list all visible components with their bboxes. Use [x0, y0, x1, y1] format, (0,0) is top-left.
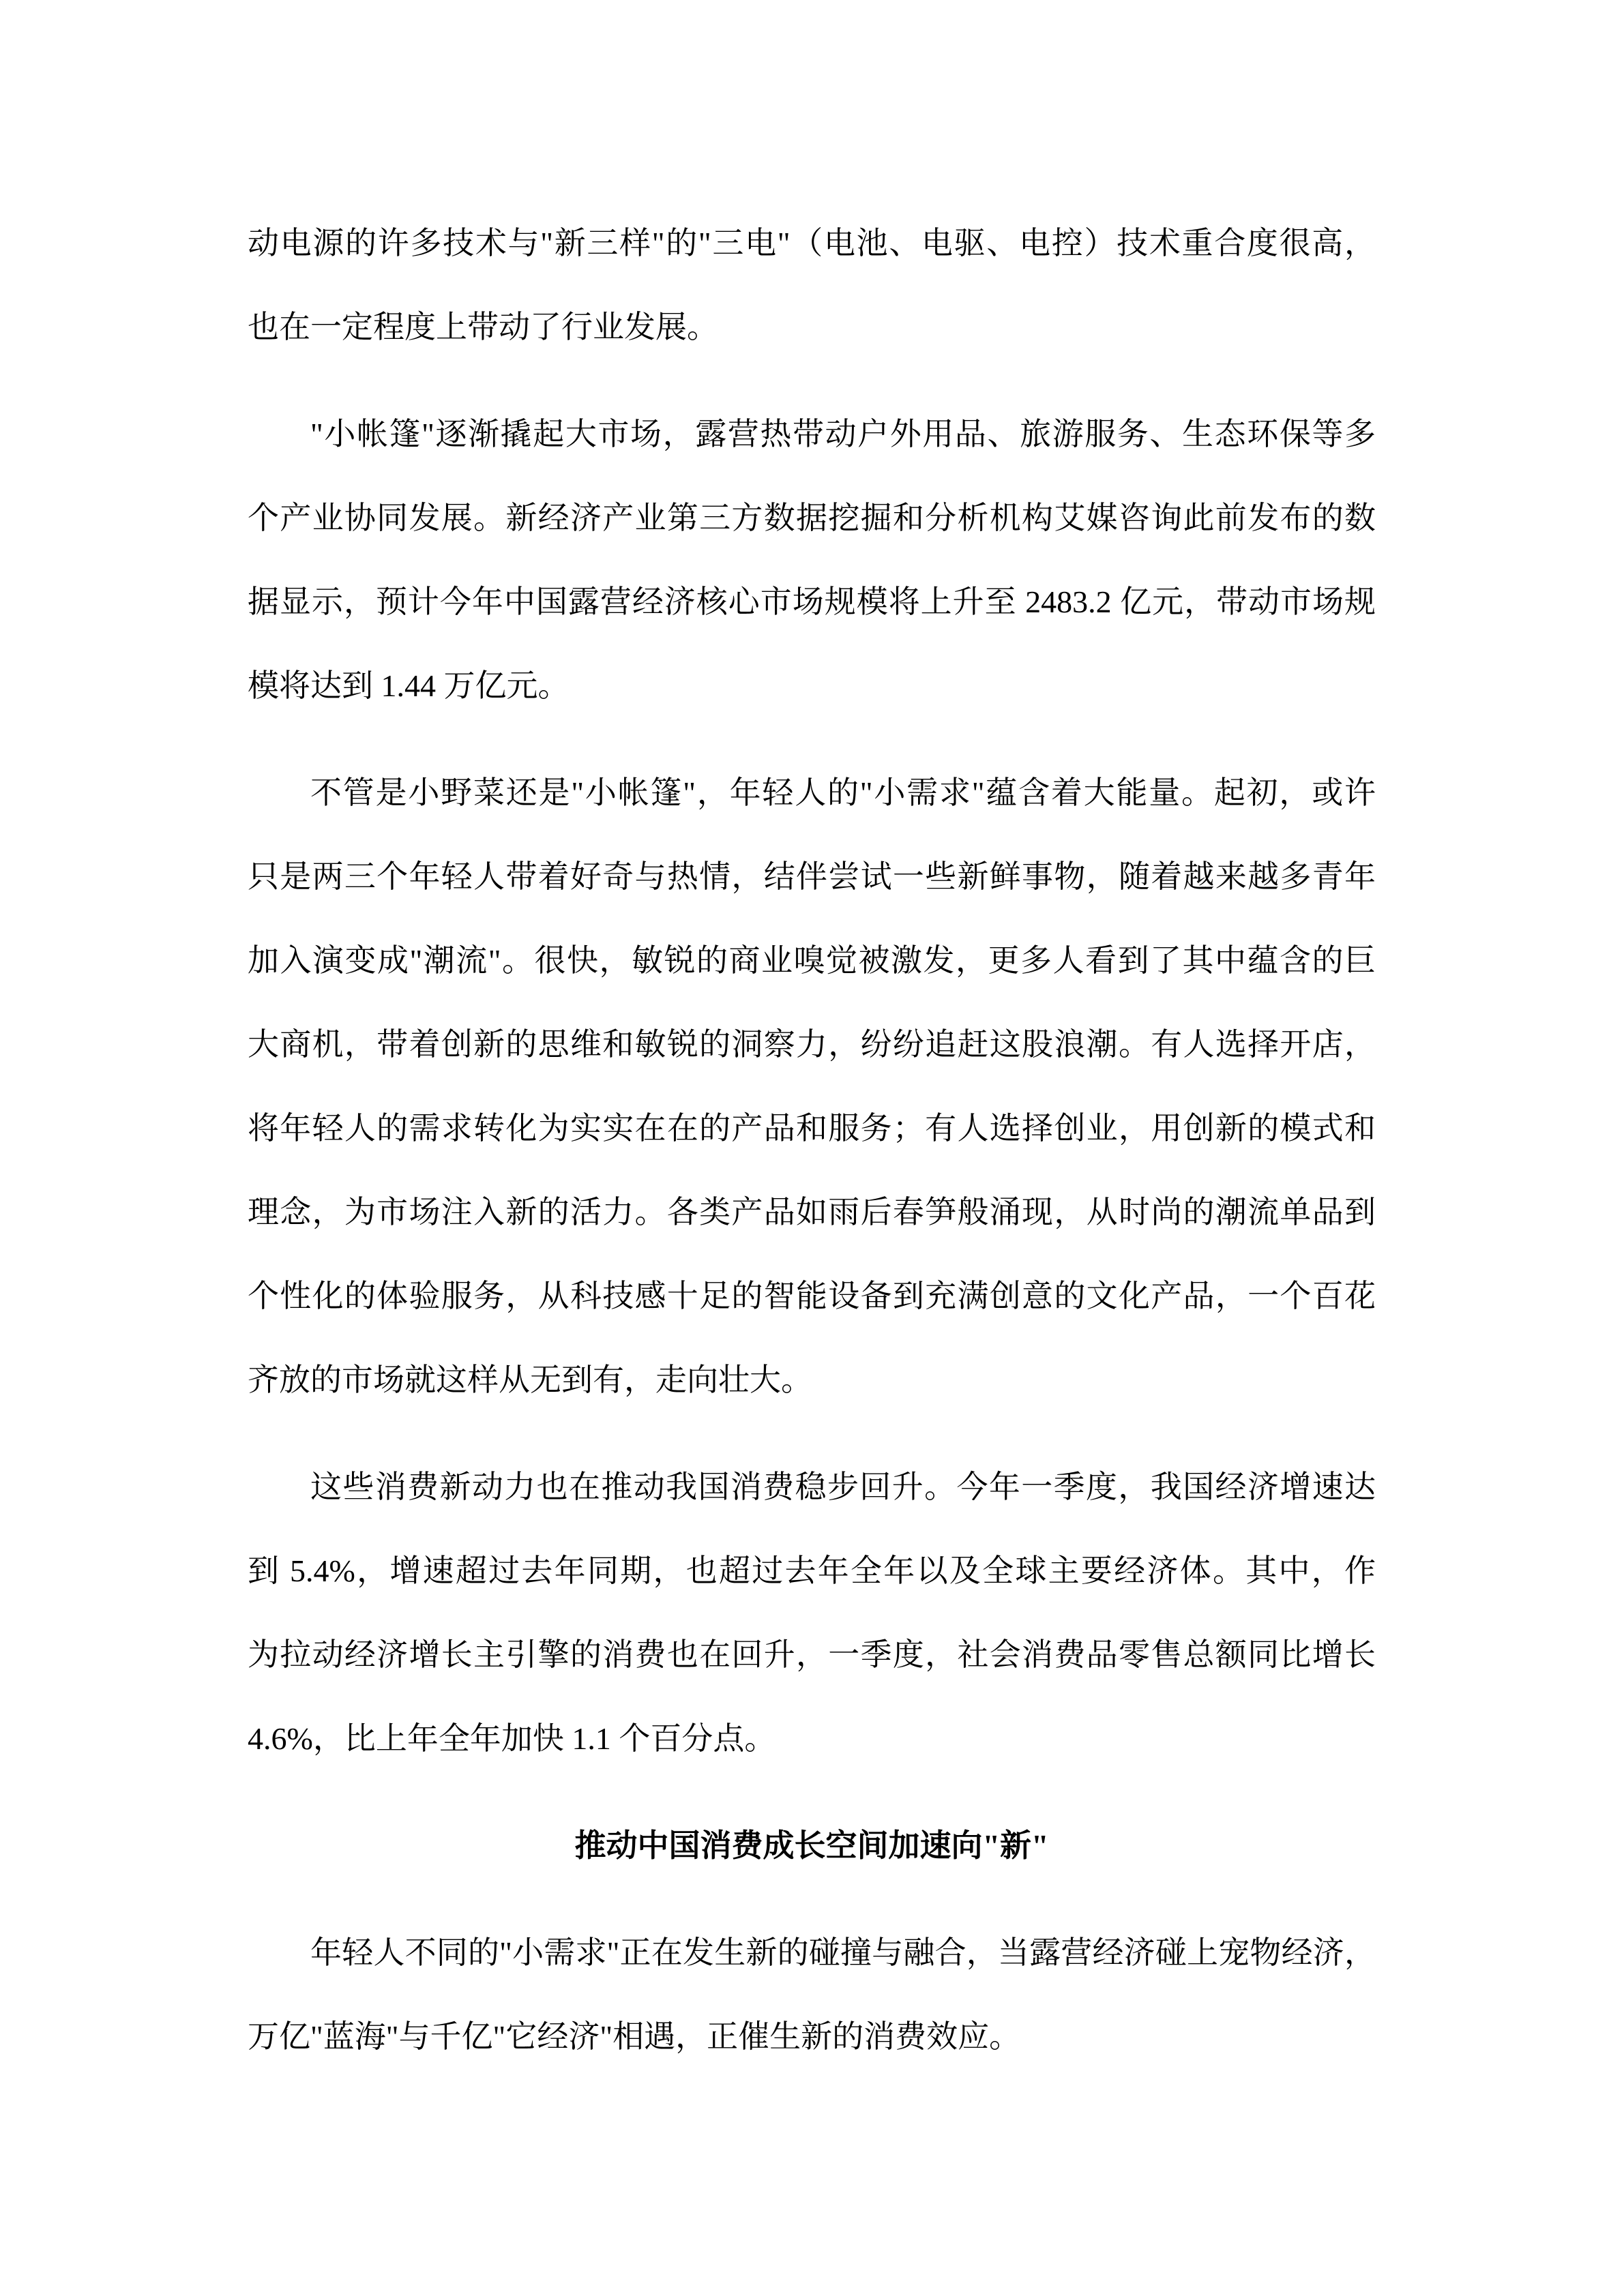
paragraph: "小帐篷"逐渐撬起大市场，露营热带动户外用品、旅游服务、生态环保等多 个产业协同… [248, 392, 1376, 728]
text-line: 将年轻人的需求转化为实实在在的产品和服务；有人选择创业，用创新的模式和 [248, 1086, 1376, 1170]
text-line: "小帐篷"逐渐撬起大市场，露营热带动户外用品、旅游服务、生态环保等多 [248, 392, 1376, 476]
article-body: 动电源的许多技术与"新三样"的"三电"（电池、电驱、电控）技术重合度很高， 也在… [0, 0, 1624, 2078]
section-heading: 推动中国消费成长空间加速向"新" [248, 1804, 1376, 1888]
text-line: 也在一定程度上带动了行业发展。 [248, 285, 1376, 369]
text-line: 据显示，预计今年中国露营经济核心市场规模将上升至 2483.2 亿元，带动市场规 [248, 560, 1376, 644]
text-line: 个性化的体验服务，从科技感十足的智能设备到充满创意的文化产品，一个百花 [248, 1254, 1376, 1338]
text-line: 大商机，带着创新的思维和敏锐的洞察力，纷纷追赶这股浪潮。有人选择开店， [248, 1002, 1376, 1086]
text-line: 模将达到 1.44 万亿元。 [248, 644, 1376, 728]
text-line: 动电源的许多技术与"新三样"的"三电"（电池、电驱、电控）技术重合度很高， [248, 201, 1376, 285]
text-line: 加入演变成"潮流"。很快，敏锐的商业嗅觉被激发，更多人看到了其中蕴含的巨 [248, 919, 1376, 1002]
text-line: 理念，为市场注入新的活力。各类产品如雨后春笋般涌现，从时尚的潮流单品到 [248, 1170, 1376, 1254]
text-line: 这些消费新动力也在推动我国消费稳步回升。今年一季度，我国经济增速达 [248, 1445, 1376, 1529]
text-line: 齐放的市场就这样从无到有，走向壮大。 [248, 1338, 1376, 1422]
paragraph: 动电源的许多技术与"新三样"的"三电"（电池、电驱、电控）技术重合度很高， 也在… [248, 201, 1376, 369]
text-line: 到 5.4%，增速超过去年同期，也超过去年全年以及全球主要经济体。其中，作 [248, 1529, 1376, 1613]
document-page: 动电源的许多技术与"新三样"的"三电"（电池、电驱、电控）技术重合度很高， 也在… [0, 0, 1624, 2296]
text-line: 不管是小野菜还是"小帐篷"，年轻人的"小需求"蕴含着大能量。起初，或许 [248, 751, 1376, 835]
text-line: 年轻人不同的"小需求"正在发生新的碰撞与融合，当露营经济碰上宠物经济， [248, 1911, 1376, 1995]
paragraph: 这些消费新动力也在推动我国消费稳步回升。今年一季度，我国经济增速达 到 5.4%… [248, 1445, 1376, 1780]
text-line: 为拉动经济增长主引擎的消费也在回升，一季度，社会消费品零售总额同比增长 [248, 1613, 1376, 1697]
text-line: 万亿"蓝海"与千亿"它经济"相遇，正催生新的消费效应。 [248, 1995, 1376, 2078]
text-line: 只是两三个年轻人带着好奇与热情，结伴尝试一些新鲜事物，随着越来越多青年 [248, 835, 1376, 919]
paragraph: 年轻人不同的"小需求"正在发生新的碰撞与融合，当露营经济碰上宠物经济， 万亿"蓝… [248, 1911, 1376, 2078]
paragraph: 不管是小野菜还是"小帐篷"，年轻人的"小需求"蕴含着大能量。起初，或许 只是两三… [248, 751, 1376, 1422]
text-line: 4.6%，比上年全年加快 1.1 个百分点。 [248, 1697, 1376, 1780]
text-line: 个产业协同发展。新经济产业第三方数据挖掘和分析机构艾媒咨询此前发布的数 [248, 476, 1376, 560]
